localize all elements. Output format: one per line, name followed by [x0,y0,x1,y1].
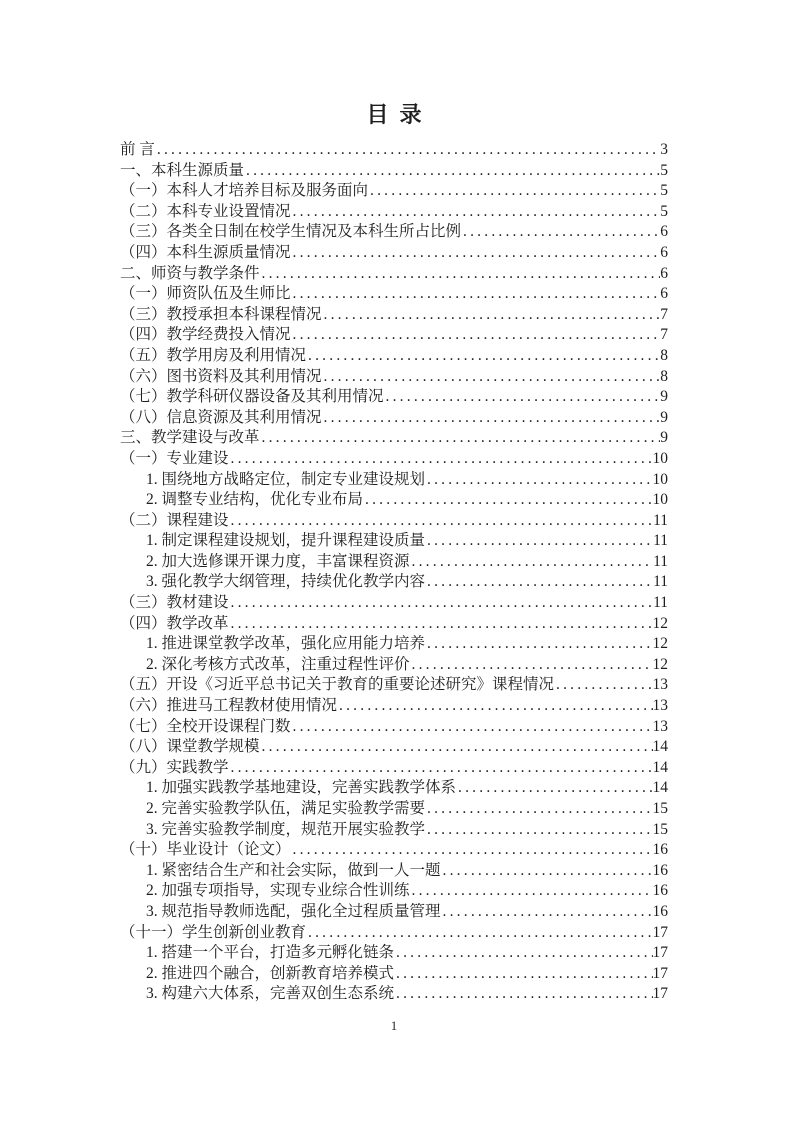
toc-entry[interactable]: 1. 加强实践教学基地建设，完善实践教学体系..................… [120,778,668,799]
dot-leader: ........................................… [394,984,652,1005]
toc-entry-page: 9 [660,408,668,429]
toc-entry[interactable]: （八）信息资源及其利用情况...........................… [120,408,668,429]
toc-entry-page: 7 [660,325,668,346]
toc-entry[interactable]: 1. 推进课堂教学改革，强化应用能力培养....................… [120,634,668,655]
toc-entry[interactable]: 2. 调整专业结构，优化专业布局........................… [120,490,668,511]
toc-entry-page: 5 [660,161,668,182]
toc-entry-label: （六）图书资料及其利用情况 [120,367,322,388]
toc-entry[interactable]: （七）教学科研仪器设备及其利用情况.......................… [120,387,668,408]
toc-entry-label: （三）教授承担本科课程情况 [120,305,322,326]
toc-entry-label: （三）各类全日制在校学生情况及本科生所占比例 [120,222,461,243]
toc-entry-label: （四）教学经费投入情况 [120,325,291,346]
toc-entry-label: （五）教学用房及利用情况 [120,346,306,367]
toc-entry-page: 11 [653,593,668,614]
toc-entry[interactable]: （二）课程建设.................................… [120,511,668,532]
toc-entry-label: （十一）学生创新创业教育 [120,923,306,944]
toc-entry-label: 一、本科生源质量 [120,161,244,182]
toc-entry-page: 8 [660,346,668,367]
toc-entry-page: 16 [653,881,669,902]
toc-entry-page: 10 [653,470,669,491]
dot-leader: ........................................… [425,531,653,552]
dot-leader: ........................................… [229,758,653,779]
dot-leader: ........................................… [461,222,660,243]
dot-leader: ........................................… [322,367,661,388]
toc-entry-page: 9 [660,387,668,408]
toc-entry[interactable]: （六）推进马工程教材使用情况..........................… [120,696,668,717]
toc-entry-label: （八）信息资源及其利用情况 [120,408,322,429]
toc-entry-page: 13 [653,675,669,696]
toc-entry[interactable]: （二）本科专业设置情况.............................… [120,202,668,223]
dot-leader: ........................................… [306,923,652,944]
dot-leader: ........................................… [425,470,652,491]
dot-leader: ........................................… [337,696,652,717]
dot-leader: ........................................… [441,861,653,882]
dot-leader: ........................................… [394,943,652,964]
toc-entry-label: （五）开设《习近平总书记关于教育的重要论述研究》课程情况 [120,675,554,696]
toc-entry-page: 11 [653,531,668,552]
toc-entry-label: 2. 深化考核方式改革，注重过程性评价 [146,655,410,676]
toc-entry[interactable]: （四）教学改革.................................… [120,614,668,635]
toc-entry-label: （六）推进马工程教材使用情况 [120,696,337,717]
toc-entry-page: 16 [653,861,669,882]
dot-leader: ........................................… [425,820,652,841]
toc-entry[interactable]: 前 言.....................................… [120,140,668,161]
toc-entry-page: 6 [660,222,668,243]
toc-entry-label: （九）实践教学 [120,758,229,779]
dot-leader: ........................................… [291,243,661,264]
toc-entry-label: 1. 制定课程建设规划，提升课程建设质量 [146,531,425,552]
toc-entry-page: 11 [653,552,668,573]
toc-entry-page: 11 [653,572,668,593]
toc-entry-label: 1. 推进课堂教学改革，强化应用能力培养 [146,634,425,655]
dot-leader: ........................................… [229,449,653,470]
toc-entry[interactable]: 1. 紧密结合生产和社会实际，做到一人一题...................… [120,861,668,882]
toc-entry[interactable]: （五）教学用房及利用情况............................… [120,346,668,367]
toc-entry-label: 2. 推进四个融合，创新教育培养模式 [146,964,394,985]
dot-leader: ........................................… [229,511,654,532]
toc-entry-label: 1. 搭建一个平台，打造多元孵化链条 [146,943,394,964]
toc-entry-label: （一）专业建设 [120,449,229,470]
toc-entry[interactable]: 2. 深化考核方式改革，注重过程性评价.....................… [120,655,668,676]
toc-entry-label: 三、教学建设与改革 [120,428,260,449]
toc-entry-label: （七）全校开设课程门数 [120,717,291,738]
toc-entry-page: 8 [660,367,668,388]
dot-leader: ........................................… [291,840,653,861]
toc-entry-page: 17 [653,943,669,964]
toc-entry-page: 10 [653,490,669,511]
dot-leader: ........................................… [425,572,653,593]
toc-entry[interactable]: 一、本科生源质量................................… [120,161,668,182]
dot-leader: ........................................… [363,490,652,511]
dot-leader: ........................................… [441,902,653,923]
dot-leader: ........................................… [260,737,653,758]
toc-entry-page: 14 [653,737,669,758]
toc-entry[interactable]: （九）实践教学.................................… [120,758,668,779]
dot-leader: ........................................… [322,408,661,429]
toc-entry-label: 2. 加大选修课开课力度，丰富课程资源 [146,552,410,573]
toc-entry-page: 11 [653,511,668,532]
toc-entry-label: 3. 规范指导教师选配，强化全过程质量管理 [146,902,441,923]
toc-entry[interactable]: （一）本科人才培养目标及服务面向........................… [120,181,668,202]
document-page: 目 录 前 言.................................… [0,0,793,1122]
toc-entry-page: 5 [660,202,668,223]
dot-leader: ........................................… [425,799,652,820]
toc-entry-label: 1. 加强实践教学基地建设，完善实践教学体系 [146,778,456,799]
toc-entry-label: （一）本科人才培养目标及服务面向 [120,181,368,202]
toc-entry-label: （二）本科专业设置情况 [120,202,291,223]
dot-leader: ........................................… [291,717,653,738]
toc-entry[interactable]: 2. 加强专项指导，实现专业综合性训练.....................… [120,881,668,902]
dot-leader: ........................................… [456,778,652,799]
toc-entry-page: 10 [653,449,669,470]
toc-entry[interactable]: （五）开设《习近平总书记关于教育的重要论述研究》课程情况............… [120,675,668,696]
toc-entry-page: 12 [653,634,669,655]
toc-entry[interactable]: （四）本科生源质量情况.............................… [120,243,668,264]
toc-entry[interactable]: 3. 完善实验教学制度，规范开展实验教学....................… [120,820,668,841]
toc-entry-label: （二）课程建设 [120,511,229,532]
toc-entry[interactable]: 2. 推进四个融合，创新教育培养模式......................… [120,964,668,985]
toc-entry-label: （四）本科生源质量情况 [120,243,291,264]
toc-entry-page: 17 [653,923,669,944]
dot-leader: ........................................… [260,264,661,285]
toc-entry-label: 二、师资与教学条件 [120,264,260,285]
dot-leader: ........................................… [260,428,661,449]
toc-entry-page: 3 [660,140,668,161]
dot-leader: ........................................… [410,881,653,902]
toc-entry-label: （八）课堂教学规模 [120,737,260,758]
toc-entry-page: 13 [653,717,669,738]
toc-entry-page: 14 [653,778,669,799]
toc-entry[interactable]: 3. 强化教学大纲管理，持续优化教学内容....................… [120,572,668,593]
toc-entry-page: 5 [660,181,668,202]
toc-entry[interactable]: 二、师资与教学条件...............................… [120,264,668,285]
toc-entry-page: 17 [653,964,669,985]
dot-leader: ........................................… [368,181,660,202]
page-footer-number: 1 [120,1019,668,1034]
toc-entry[interactable]: （一）专业建设.................................… [120,449,668,470]
toc-entry-label: 2. 调整专业结构，优化专业布局 [146,490,363,511]
toc-entry-label: 3. 完善实验教学制度，规范开展实验教学 [146,820,425,841]
toc-entry-page: 6 [660,243,668,264]
toc-entry-label: 1. 紧密结合生产和社会实际，做到一人一题 [146,861,441,882]
toc-entry-page: 14 [653,758,669,779]
toc-entry[interactable]: （十一）学生创新创业教育............................… [120,923,668,944]
dot-leader: ........................................… [410,552,654,573]
toc-entry[interactable]: （三）各类全日制在校学生情况及本科生所占比例..................… [120,222,668,243]
toc-entry[interactable]: 1. 围绕地方战略定位，制定专业建设规划....................… [120,470,668,491]
dot-leader: ........................................… [291,325,661,346]
toc-entry-label: （三）教材建设 [120,593,229,614]
toc-title: 目 录 [120,100,668,130]
toc-entry-page: 6 [660,284,668,305]
toc-entry-label: （七）教学科研仪器设备及其利用情况 [120,387,384,408]
toc-entry[interactable]: 1. 制定课程建设规划，提升课程建设质量....................… [120,531,668,552]
toc-entry[interactable]: （四）教学经费投入情况.............................… [120,325,668,346]
toc-entry[interactable]: （一）师资队伍及生师比.............................… [120,284,668,305]
toc-entry[interactable]: 1. 搭建一个平台，打造多元孵化链条......................… [120,943,668,964]
toc-entry-label: （一）师资队伍及生师比 [120,284,291,305]
toc-entry[interactable]: 3. 构建六大体系，完善双创生态系统......................… [120,984,668,1005]
toc-entry[interactable]: （三）教授承担本科课程情况...........................… [120,305,668,326]
dot-leader: ........................................… [291,202,661,223]
dot-leader: ........................................… [554,675,652,696]
dot-leader: ........................................… [229,614,653,635]
dot-leader: ........................................… [291,284,661,305]
toc-list: 前 言.....................................… [120,140,668,1005]
dot-leader: ........................................… [384,387,661,408]
toc-entry-page: 12 [653,655,669,676]
toc-entry-page: 12 [653,614,669,635]
dot-leader: ........................................… [244,161,660,182]
toc-entry-page: 15 [653,799,669,820]
toc-entry-page: 6 [660,264,668,285]
toc-entry-page: 17 [653,984,669,1005]
toc-entry-label: 3. 构建六大体系，完善双创生态系统 [146,984,394,1005]
toc-entry-label: 3. 强化教学大纲管理，持续优化教学内容 [146,572,425,593]
toc-entry[interactable]: （八）课堂教学规模...............................… [120,737,668,758]
toc-entry[interactable]: 三、教学建设与改革...............................… [120,428,668,449]
toc-entry[interactable]: 3. 规范指导教师选配，强化全过程质量管理...................… [120,902,668,923]
dot-leader: ........................................… [322,305,661,326]
dot-leader: ........................................… [425,634,652,655]
toc-entry[interactable]: （三）教材建设.................................… [120,593,668,614]
toc-entry-label: 1. 围绕地方战略定位，制定专业建设规划 [146,470,425,491]
dot-leader: ........................................… [410,655,653,676]
toc-entry-label: （四）教学改革 [120,614,229,635]
dot-leader: ........................................… [394,964,652,985]
toc-entry[interactable]: 2. 完善实验教学队伍，满足实验教学需要....................… [120,799,668,820]
toc-entry[interactable]: （十）毕业设计（论文）.............................… [120,840,668,861]
toc-entry-page: 9 [660,428,668,449]
dot-leader: ........................................… [306,346,660,367]
toc-entry[interactable]: （七）全校开设课程门数.............................… [120,717,668,738]
toc-entry-label: （十）毕业设计（论文） [120,840,291,861]
toc-entry-page: 7 [660,305,668,326]
toc-entry[interactable]: （六）图书资料及其利用情况...........................… [120,367,668,388]
toc-entry[interactable]: 2. 加大选修课开课力度，丰富课程资源.....................… [120,552,668,573]
dot-leader: ........................................… [229,593,654,614]
dot-leader: ........................................… [155,140,660,161]
toc-entry-page: 16 [653,902,669,923]
toc-entry-label: 2. 完善实验教学队伍，满足实验教学需要 [146,799,425,820]
toc-entry-label: 2. 加强专项指导，实现专业综合性训练 [146,881,410,902]
toc-entry-page: 15 [653,820,669,841]
toc-entry-label: 前 言 [120,140,155,161]
toc-entry-page: 16 [653,840,669,861]
toc-entry-page: 13 [653,696,669,717]
